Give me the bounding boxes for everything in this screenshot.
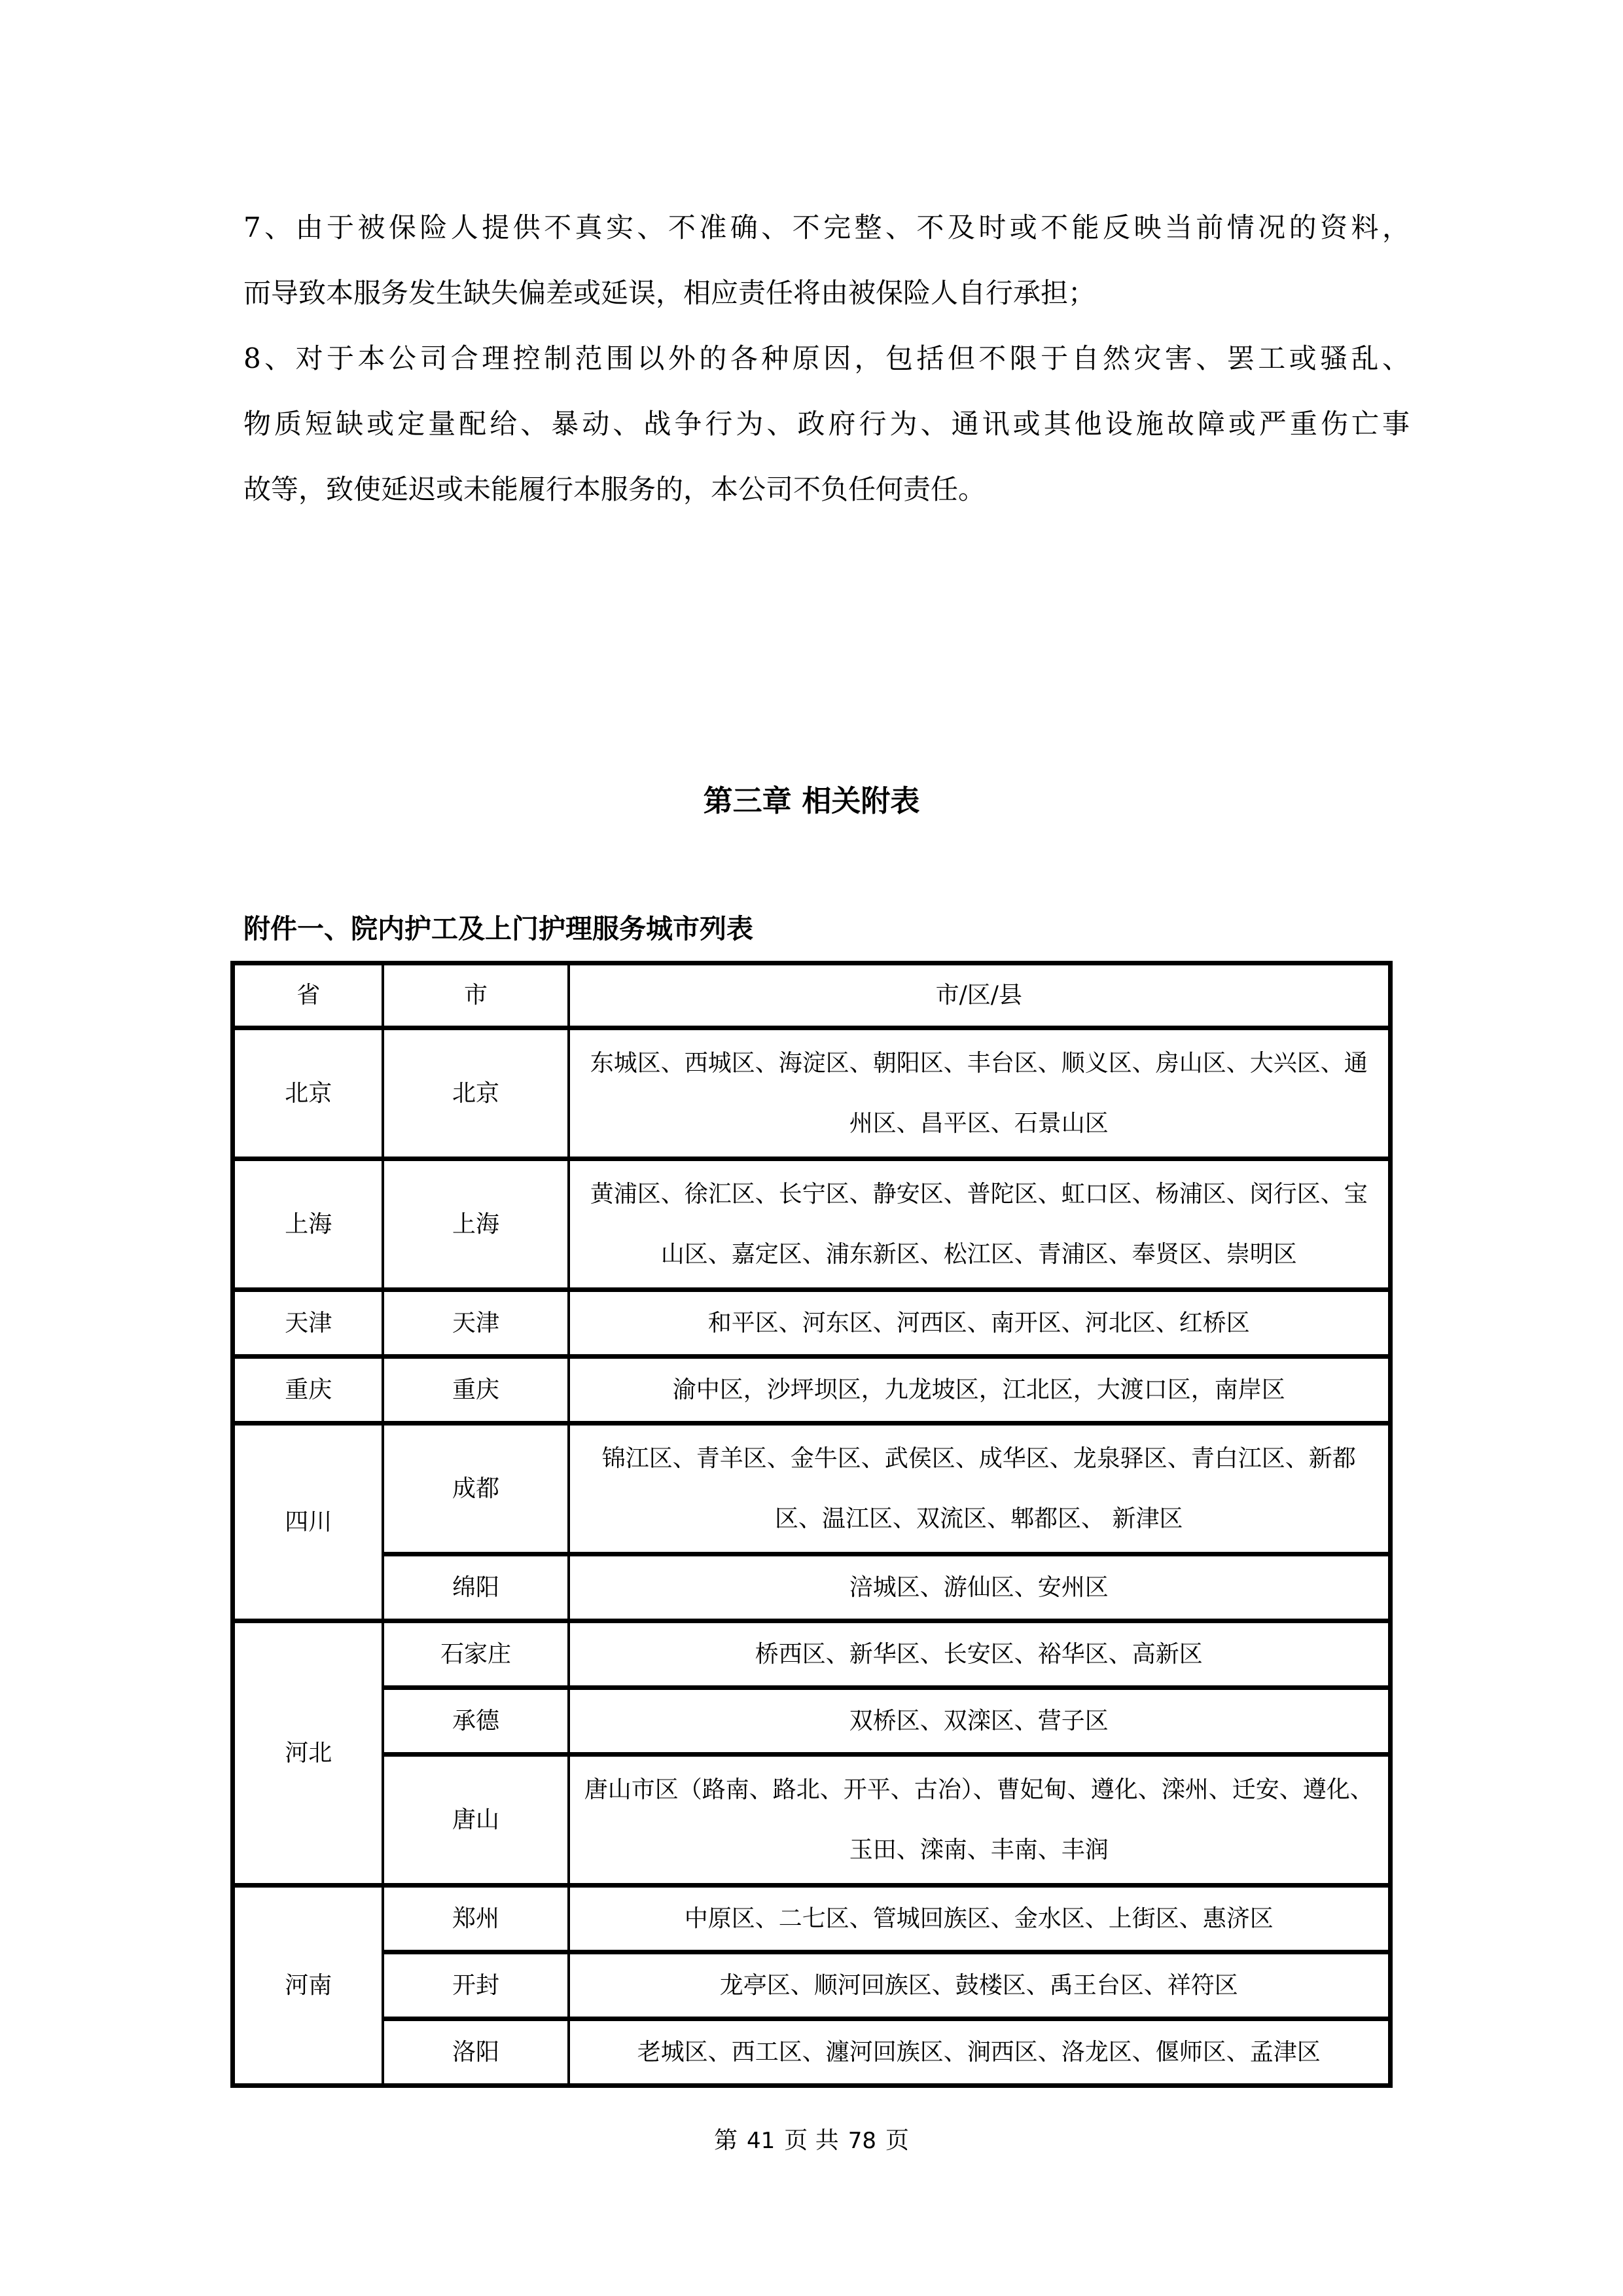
city-cell: 绵阳 xyxy=(383,1554,568,1621)
text-line: 物质短缺或定量配给、暴动、战争行为、政府行为、通讯或其他设施故障或严重伤亡事 xyxy=(243,391,1410,457)
text-line: 而导致本服务发生缺失偏差或延误，相应责任将由被保险人自行承担； xyxy=(243,260,1410,326)
province-cell: 河北 xyxy=(233,1621,383,1886)
table-row: 唐山唐山市区（路南、路北、开平、古冶）、曹妃甸、遵化、滦州、迁安、遵化、玉田、滦… xyxy=(233,1755,1391,1886)
city-cell: 上海 xyxy=(383,1159,568,1290)
province-cell: 上海 xyxy=(233,1159,383,1290)
text-line: 故等，致使延迟或未能履行本服务的，本公司不负任何责任。 xyxy=(243,457,1410,522)
province-cell: 四川 xyxy=(233,1424,383,1621)
districts-cell: 黄浦区、徐汇区、长宁区、静安区、普陀区、虹口区、杨浦区、闵行区、宝山区、嘉定区、… xyxy=(569,1159,1391,1290)
province-cell: 天津 xyxy=(233,1290,383,1357)
table-row: 洛阳老城区、西工区、瀍河回族区、涧西区、洛龙区、偃师区、孟津区 xyxy=(233,2019,1391,2086)
city-cell: 洛阳 xyxy=(383,2019,568,2086)
city-cell: 石家庄 xyxy=(383,1621,568,1688)
table-row: 承德双桥区、双滦区、营子区 xyxy=(233,1688,1391,1755)
table-row: 上海上海黄浦区、徐汇区、长宁区、静安区、普陀区、虹口区、杨浦区、闵行区、宝山区、… xyxy=(233,1159,1391,1290)
table-header-row: 省 市 市/区/县 xyxy=(233,963,1391,1028)
districts-cell: 和平区、河东区、河西区、南开区、河北区、红桥区 xyxy=(569,1290,1391,1357)
province-cell: 北京 xyxy=(233,1028,383,1159)
province-cell: 河南 xyxy=(233,1886,383,2086)
districts-cell: 龙亭区、顺河回族区、鼓楼区、禹王台区、祥符区 xyxy=(569,1952,1391,2019)
districts-cell: 唐山市区（路南、路北、开平、古冶）、曹妃甸、遵化、滦州、迁安、遵化、玉田、滦南、… xyxy=(569,1755,1391,1886)
text-line: 8、对于本公司合理控制范围以外的各种原因，包括但不限于自然灾害、罢工或骚乱、 xyxy=(243,326,1410,391)
table-row: 天津天津和平区、河东区、河西区、南开区、河北区、红桥区 xyxy=(233,1290,1391,1357)
table-row: 绵阳涪城区、游仙区、安州区 xyxy=(233,1554,1391,1621)
column-header-city: 市 xyxy=(383,963,568,1028)
city-list-table: 省 市 市/区/县 北京北京东城区、西城区、海淀区、朝阳区、丰台区、顺义区、房山… xyxy=(230,961,1393,2088)
footer-prefix: 第 xyxy=(714,2127,738,2154)
paragraph-8: 8、对于本公司合理控制范围以外的各种原因，包括但不限于自然灾害、罢工或骚乱、物质… xyxy=(243,326,1410,522)
footer-middle: 页 共 xyxy=(784,2127,838,2154)
districts-cell: 双桥区、双滦区、营子区 xyxy=(569,1688,1391,1755)
districts-cell: 锦江区、青羊区、金牛区、武侯区、成华区、龙泉驿区、青白江区、新都区、温江区、双流… xyxy=(569,1424,1391,1554)
city-cell: 天津 xyxy=(383,1290,568,1357)
districts-cell: 涪城区、游仙区、安州区 xyxy=(569,1554,1391,1621)
text-line: 7、由于被保险人提供不真实、不准确、不完整、不及时或不能反映当前情况的资料， xyxy=(243,195,1410,260)
column-header-districts: 市/区/县 xyxy=(569,963,1391,1028)
city-cell: 唐山 xyxy=(383,1755,568,1886)
total-pages-number: 78 xyxy=(848,2128,876,2154)
city-cell: 开封 xyxy=(383,1952,568,2019)
districts-cell: 老城区、西工区、瀍河回族区、涧西区、洛龙区、偃师区、孟津区 xyxy=(569,2019,1391,2086)
document-page: 7、由于被保险人提供不真实、不准确、不完整、不及时或不能反映当前情况的资料，而导… xyxy=(0,0,1623,2296)
districts-cell: 渝中区，沙坪坝区，九龙坡区，江北区，大渡口区，南岸区 xyxy=(569,1357,1391,1424)
current-page-number: 41 xyxy=(747,2128,775,2154)
table-row: 河北石家庄桥西区、新华区、长安区、裕华区、高新区 xyxy=(233,1621,1391,1688)
table-row: 开封龙亭区、顺河回族区、鼓楼区、禹王台区、祥符区 xyxy=(233,1952,1391,2019)
chapter-heading: 第三章 相关附表 xyxy=(0,780,1623,822)
table-row: 四川成都锦江区、青羊区、金牛区、武侯区、成华区、龙泉驿区、青白江区、新都区、温江… xyxy=(233,1424,1391,1554)
paragraph-7: 7、由于被保险人提供不真实、不准确、不完整、不及时或不能反映当前情况的资料，而导… xyxy=(243,195,1410,326)
districts-cell: 中原区、二七区、管城回族区、金水区、上街区、惠济区 xyxy=(569,1886,1391,1952)
city-cell: 北京 xyxy=(383,1028,568,1159)
table-row: 重庆重庆渝中区，沙坪坝区，九龙坡区，江北区，大渡口区，南岸区 xyxy=(233,1357,1391,1424)
province-cell: 重庆 xyxy=(233,1357,383,1424)
footer-suffix: 页 xyxy=(885,2127,909,2154)
city-cell: 重庆 xyxy=(383,1357,568,1424)
terms-paragraphs: 7、由于被保险人提供不真实、不准确、不完整、不及时或不能反映当前情况的资料，而导… xyxy=(243,195,1410,522)
page-footer: 第41页 共78页 xyxy=(0,2125,1623,2157)
table-row: 北京北京东城区、西城区、海淀区、朝阳区、丰台区、顺义区、房山区、大兴区、通州区、… xyxy=(233,1028,1391,1159)
districts-cell: 东城区、西城区、海淀区、朝阳区、丰台区、顺义区、房山区、大兴区、通州区、昌平区、… xyxy=(569,1028,1391,1159)
city-cell: 承德 xyxy=(383,1688,568,1755)
column-header-province: 省 xyxy=(233,963,383,1028)
attachment-heading: 附件一、院内护工及上门护理服务城市列表 xyxy=(243,908,753,949)
city-cell: 郑州 xyxy=(383,1886,568,1952)
city-cell: 成都 xyxy=(383,1424,568,1554)
table-row: 河南郑州中原区、二七区、管城回族区、金水区、上街区、惠济区 xyxy=(233,1886,1391,1952)
districts-cell: 桥西区、新华区、长安区、裕华区、高新区 xyxy=(569,1621,1391,1688)
